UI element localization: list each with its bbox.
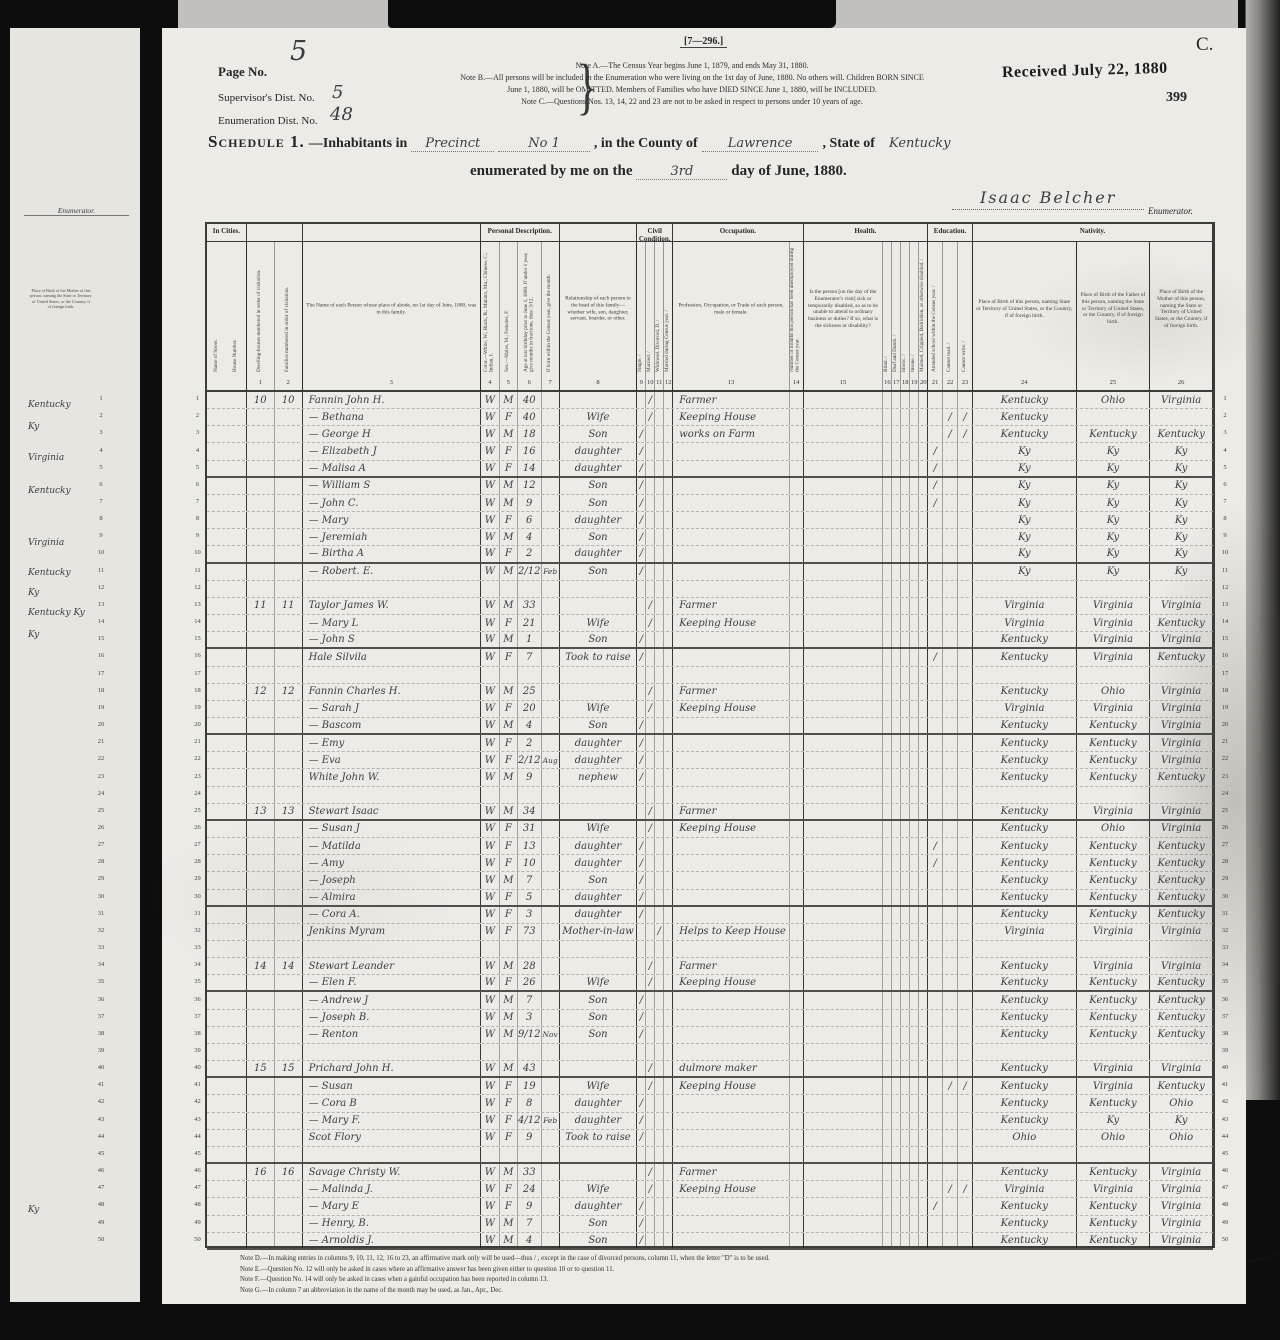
fragment-line-number: 8 xyxy=(94,510,108,527)
row-cell-birth_month xyxy=(542,1198,560,1214)
table-row: — AmyWF10daughter//KentuckyKentuckyKentu… xyxy=(207,855,1213,872)
row-cell-sex: M xyxy=(500,872,518,888)
row-cell-pob_father: Ky xyxy=(1077,443,1151,459)
line-number: 47 xyxy=(1218,1179,1232,1196)
row-cell-idiotic xyxy=(901,941,910,957)
row-cell-married_census_year xyxy=(664,1233,673,1248)
fragment-line-number: 2 xyxy=(94,407,108,424)
row-cell-street xyxy=(207,1198,247,1214)
table-row: — JeremiahWM4Son/KyKyKy xyxy=(207,529,1213,546)
row-cell-married_census_year xyxy=(664,804,673,819)
fragment-line-number: 34 xyxy=(94,956,108,973)
row-cell-cannot_read xyxy=(943,1027,958,1043)
row-cell-pob: Kentucky xyxy=(973,804,1077,819)
supervisor-dist-label: Supervisor's Dist. No. xyxy=(218,92,315,104)
row-cell-pob_mother xyxy=(1150,1147,1213,1162)
row-cell-insane xyxy=(910,1181,919,1197)
row-cell-age: 33 xyxy=(518,1164,542,1180)
row-cell-insane xyxy=(910,1078,919,1094)
row-cell-married_census_year xyxy=(664,838,673,854)
row-cell-cannot_read xyxy=(943,718,958,733)
row-cell-attended_school: / xyxy=(928,443,943,459)
row-cell-age: 43 xyxy=(518,1061,542,1076)
row-cell-sex: M xyxy=(500,684,518,700)
row-cell-pob: Kentucky xyxy=(973,1216,1077,1232)
row-cell-pob_mother xyxy=(1150,787,1213,803)
row-cell-widowed xyxy=(655,409,664,425)
row-cell-single xyxy=(637,615,646,631)
row-cell-cannot_read xyxy=(943,512,958,528)
fragment-handwritten-entries: KentuckyKyVirginiaKentuckyVirginiaKentuc… xyxy=(0,0,140,1340)
row-cell-pob_mother: Kentucky xyxy=(1150,769,1213,785)
header-notes: Note A.—The Census Year begins June 1, 1… xyxy=(372,60,1012,108)
row-cell-relationship: Wife xyxy=(560,975,638,990)
line-number: 41 xyxy=(191,1076,204,1093)
line-number: 11 xyxy=(1218,562,1232,579)
row-cell-married xyxy=(646,495,655,511)
row-cell-street xyxy=(207,443,247,459)
row-cell-color: W xyxy=(481,821,500,837)
row-cell-cannot_write xyxy=(958,546,973,561)
row-cell-dwelling: 16 xyxy=(247,1164,275,1180)
row-cell-insane xyxy=(910,409,919,425)
row-cell-cannot_write xyxy=(958,701,973,717)
row-cell-cannot_write xyxy=(958,872,973,888)
row-cell-color xyxy=(481,667,500,683)
row-cell-widowed xyxy=(655,649,664,665)
row-cell-widowed xyxy=(655,598,664,614)
row-cell-blind xyxy=(883,1061,892,1076)
row-cell-widowed xyxy=(655,1181,664,1197)
row-cell-pob_mother: Kentucky xyxy=(1150,838,1213,854)
row-cell-blind xyxy=(883,1044,892,1060)
row-cell-married xyxy=(646,855,655,871)
line-number: 11 xyxy=(191,562,204,579)
row-cell-pob_mother: Kentucky xyxy=(1150,872,1213,888)
row-cell-cannot_write xyxy=(958,632,973,647)
column-header: Relationship of each person to the head … xyxy=(560,242,638,376)
row-cell-married xyxy=(646,872,655,888)
row-cell-pob_father: Kentucky xyxy=(1077,872,1151,888)
row-cell-family xyxy=(275,992,303,1008)
line-number: 50 xyxy=(1218,1231,1232,1248)
row-cell-relationship: Son xyxy=(560,1216,638,1232)
row-cell-months_unemployed xyxy=(790,426,804,442)
row-cell-street xyxy=(207,649,247,665)
row-cell-family xyxy=(275,564,303,580)
row-cell-idiotic xyxy=(901,890,910,905)
row-cell-married xyxy=(646,941,655,957)
row-cell-sickness xyxy=(804,855,884,871)
row-cell-deaf_dumb xyxy=(892,1164,901,1180)
row-cell-birth_month xyxy=(542,1216,560,1232)
row-cell-insane xyxy=(910,1044,919,1060)
row-cell-blind xyxy=(883,1010,892,1026)
row-cell-cannot_read xyxy=(943,684,958,700)
row-cell-blind xyxy=(883,1027,892,1043)
row-cell-family xyxy=(275,787,303,803)
row-cell-deaf_dumb xyxy=(892,409,901,425)
row-cell-married xyxy=(646,1147,655,1162)
note-g: Note G.—In column 7 an abbreviation in t… xyxy=(240,1286,1130,1297)
row-cell-single xyxy=(637,1061,646,1076)
line-number: 7 xyxy=(1218,493,1232,510)
row-cell-attended_school: / xyxy=(928,461,943,476)
row-cell-relationship xyxy=(560,1044,638,1060)
row-cell-color: W xyxy=(481,701,500,717)
row-cell-color: W xyxy=(481,1216,500,1232)
row-cell-cannot_write xyxy=(958,1147,973,1162)
row-cell-attended_school: / xyxy=(928,855,943,871)
row-cell-family xyxy=(275,1027,303,1043)
row-cell-maimed xyxy=(919,1061,928,1076)
row-cell-idiotic xyxy=(901,1198,910,1214)
row-cell-pob: Kentucky xyxy=(973,1198,1077,1214)
row-cell-name: — Joseph B. xyxy=(303,1010,481,1026)
table-row: — EmyWF2daughter/KentuckyKentuckyVirgini… xyxy=(207,735,1213,752)
fragment-entry: Kentucky Ky xyxy=(28,608,85,618)
row-cell-single: / xyxy=(637,718,646,733)
table-row: — Andrew JWM7Son/KentuckyKentuckyKentuck… xyxy=(207,992,1213,1009)
row-cell-family xyxy=(275,924,303,940)
column-number: 7 xyxy=(542,376,560,390)
row-cell-married_census_year xyxy=(664,821,673,837)
row-cell-widowed xyxy=(655,752,664,768)
column-group-header xyxy=(303,224,481,242)
row-cell-attended_school: / xyxy=(928,1198,943,1214)
row-cell-family xyxy=(275,769,303,785)
row-cell-age: 16 xyxy=(518,443,542,459)
row-cell-single xyxy=(637,1078,646,1094)
row-cell-sickness xyxy=(804,443,884,459)
row-cell-relationship: Mother-in-law xyxy=(560,924,638,940)
line-number: 27 xyxy=(1218,836,1232,853)
row-cell-family xyxy=(275,546,303,561)
row-cell-married_census_year xyxy=(664,718,673,733)
row-cell-cannot_write xyxy=(958,684,973,700)
row-cell-maimed xyxy=(919,1181,928,1197)
row-cell-married xyxy=(646,1198,655,1214)
row-cell-married xyxy=(646,752,655,768)
row-cell-single xyxy=(637,1044,646,1060)
column-number: 10 xyxy=(646,376,655,390)
row-cell-pob: Ky xyxy=(973,478,1077,494)
row-cell-birth_month xyxy=(542,1044,560,1060)
row-cell-months_unemployed xyxy=(790,924,804,940)
form-number: [7—296.] xyxy=(680,36,727,48)
table-row: — Cora BWF8daughter/KentuckyKentuckyOhio xyxy=(207,1095,1213,1112)
row-cell-age: 4 xyxy=(518,718,542,733)
row-cell-maimed xyxy=(919,529,928,545)
row-cell-sex: F xyxy=(500,1113,518,1129)
column-header: Name of Street.House Number. xyxy=(207,242,247,376)
row-cell-relationship xyxy=(560,598,638,614)
row-cell-cannot_read xyxy=(943,478,958,494)
row-cell-cannot_read xyxy=(943,787,958,803)
row-cell-pob_father: Ky xyxy=(1077,461,1151,476)
row-cell-occupation xyxy=(673,872,790,888)
row-cell-cannot_read xyxy=(943,443,958,459)
row-cell-cannot_read xyxy=(943,632,958,647)
column-header: Blind. / xyxy=(883,242,892,376)
row-cell-married: / xyxy=(646,958,655,974)
row-cell-sex: F xyxy=(500,890,518,905)
row-cell-maimed xyxy=(919,872,928,888)
row-cell-age: 4 xyxy=(518,1233,542,1248)
row-cell-blind xyxy=(883,512,892,528)
row-cell-married_census_year xyxy=(664,512,673,528)
row-cell-cannot_read xyxy=(943,1061,958,1076)
row-cell-attended_school xyxy=(928,529,943,545)
row-cell-birth_month: Nov xyxy=(542,1027,560,1043)
row-cell-insane xyxy=(910,1147,919,1162)
row-cell-maimed xyxy=(919,478,928,494)
row-cell-married xyxy=(646,787,655,803)
line-number: 48 xyxy=(1218,1196,1232,1213)
row-cell-married_census_year xyxy=(664,1044,673,1060)
row-cell-name: — Eva xyxy=(303,752,481,768)
row-cell-name: Stewart Isaac xyxy=(303,804,481,819)
row-cell-idiotic xyxy=(901,1216,910,1232)
row-cell-family: 11 xyxy=(275,598,303,614)
row-cell-color xyxy=(481,941,500,957)
row-cell-relationship: Son xyxy=(560,1010,638,1026)
row-cell-attended_school xyxy=(928,1010,943,1026)
fragment-line-number: 6 xyxy=(94,476,108,493)
row-cell-attended_school: / xyxy=(928,478,943,494)
row-cell-pob: Kentucky xyxy=(973,838,1077,854)
row-cell-family xyxy=(275,890,303,905)
row-cell-blind xyxy=(883,1113,892,1129)
note-b2: June 1, 1880, will be OMITTED. Members o… xyxy=(372,84,1012,96)
row-cell-insane xyxy=(910,958,919,974)
row-cell-attended_school xyxy=(928,907,943,923)
row-cell-widowed xyxy=(655,958,664,974)
row-cell-maimed xyxy=(919,958,928,974)
row-cell-insane xyxy=(910,564,919,580)
line-number: 34 xyxy=(191,956,204,973)
street-name-label: Name of Street. xyxy=(214,246,220,372)
row-cell-birth_month xyxy=(542,546,560,561)
row-cell-blind xyxy=(883,495,892,511)
row-cell-attended_school xyxy=(928,1130,943,1146)
row-cell-pob_mother: Virginia xyxy=(1150,392,1213,408)
row-cell-pob_mother xyxy=(1150,941,1213,957)
row-cell-name: — John S xyxy=(303,632,481,647)
row-cell-months_unemployed xyxy=(790,1181,804,1197)
row-cell-family xyxy=(275,478,303,494)
row-cell-attended_school xyxy=(928,769,943,785)
column-number: 19 xyxy=(910,376,919,390)
note-a: Note A.—The Census Year begins June 1, 1… xyxy=(372,60,1012,72)
row-cell-maimed xyxy=(919,649,928,665)
row-cell-occupation: Farmer xyxy=(673,598,790,614)
row-cell-birth_month xyxy=(542,581,560,597)
line-number: 35 xyxy=(191,973,204,990)
row-cell-insane xyxy=(910,975,919,990)
row-cell-color: W xyxy=(481,1233,500,1248)
row-cell-single xyxy=(637,598,646,614)
row-cell-single xyxy=(637,924,646,940)
row-cell-pob: Kentucky xyxy=(973,890,1077,905)
row-cell-pob_mother xyxy=(1150,1044,1213,1060)
row-cell-pob_father: Ky xyxy=(1077,564,1151,580)
row-cell-pob_mother: Virginia xyxy=(1150,958,1213,974)
row-cell-dwelling xyxy=(247,478,275,494)
row-cell-months_unemployed xyxy=(790,804,804,819)
row-cell-dwelling xyxy=(247,769,275,785)
row-cell-single: / xyxy=(637,529,646,545)
row-cell-widowed xyxy=(655,1061,664,1076)
row-cell-occupation xyxy=(673,718,790,733)
row-cell-street xyxy=(207,787,247,803)
fragment-line-number: 9 xyxy=(94,527,108,544)
row-cell-sickness xyxy=(804,1010,884,1026)
row-cell-sickness xyxy=(804,632,884,647)
row-cell-birth_month xyxy=(542,1078,560,1094)
fragment-line-number: 4 xyxy=(94,441,108,458)
row-cell-idiotic xyxy=(901,1010,910,1026)
row-cell-months_unemployed xyxy=(790,546,804,561)
row-cell-blind xyxy=(883,941,892,957)
row-cell-months_unemployed xyxy=(790,512,804,528)
row-cell-age: 25 xyxy=(518,684,542,700)
row-cell-idiotic xyxy=(901,632,910,647)
row-cell-cannot_read xyxy=(943,461,958,476)
row-cell-idiotic xyxy=(901,649,910,665)
row-cell-months_unemployed xyxy=(790,1130,804,1146)
row-cell-married: / xyxy=(646,598,655,614)
footer-notes: Note D.—In making entries in columns 9, … xyxy=(240,1254,1130,1296)
row-cell-blind xyxy=(883,992,892,1008)
row-cell-cannot_read xyxy=(943,941,958,957)
row-cell-months_unemployed xyxy=(790,907,804,923)
row-cell-married_census_year xyxy=(664,581,673,597)
line-number: 18 xyxy=(191,682,204,699)
table-row: — Arnoldis J.WM4Son/KentuckyKentuckyVirg… xyxy=(207,1233,1213,1250)
row-cell-married: / xyxy=(646,615,655,631)
row-cell-single xyxy=(637,581,646,597)
row-cell-cannot_read xyxy=(943,821,958,837)
row-cell-sex: M xyxy=(500,1027,518,1043)
row-cell-street xyxy=(207,855,247,871)
row-cell-widowed xyxy=(655,992,664,1008)
column-label-vertical: Maimed, Crippled, Bedridden, or otherwis… xyxy=(920,246,926,372)
row-cell-birth_month xyxy=(542,495,560,511)
row-cell-pob_mother: Virginia xyxy=(1150,1061,1213,1076)
fragment-line-number: 37 xyxy=(94,1008,108,1025)
line-number: 49 xyxy=(191,1214,204,1231)
line-number: 31 xyxy=(191,905,204,922)
row-cell-attended_school xyxy=(928,392,943,408)
row-cell-single: / xyxy=(637,1233,646,1248)
row-cell-street xyxy=(207,581,247,597)
row-cell-insane xyxy=(910,632,919,647)
row-cell-age: 9 xyxy=(518,1130,542,1146)
row-cell-occupation xyxy=(673,992,790,1008)
row-cell-insane xyxy=(910,426,919,442)
row-cell-color: W xyxy=(481,872,500,888)
row-cell-pob_mother: Virginia xyxy=(1150,1181,1213,1197)
column-header: Dwelling-houses numbered in order of vis… xyxy=(247,242,275,376)
column-number: 20 xyxy=(919,376,928,390)
row-cell-occupation: Keeping House xyxy=(673,1181,790,1197)
column-label-vertical: Attended school within the Census year. … xyxy=(932,246,938,372)
row-cell-sickness xyxy=(804,409,884,425)
row-cell-pob_mother: Virginia xyxy=(1150,804,1213,819)
row-cell-occupation xyxy=(673,649,790,665)
fragment-line-number: 41 xyxy=(94,1076,108,1093)
table-row: — MaryWF6daughter/KyKyKy xyxy=(207,512,1213,529)
row-cell-street xyxy=(207,941,247,957)
row-cell-sex xyxy=(500,581,518,597)
row-cell-insane xyxy=(910,701,919,717)
row-cell-relationship xyxy=(560,392,638,408)
line-number: 38 xyxy=(191,1025,204,1042)
line-number: 6 xyxy=(1218,476,1232,493)
fragment-line-number: 45 xyxy=(94,1145,108,1162)
row-cell-months_unemployed xyxy=(790,632,804,647)
row-cell-married_census_year xyxy=(664,564,673,580)
row-cell-sickness xyxy=(804,564,884,580)
row-cell-single: / xyxy=(637,872,646,888)
row-cell-sex xyxy=(500,941,518,957)
row-cell-birth_month xyxy=(542,1164,560,1180)
row-cell-idiotic xyxy=(901,769,910,785)
row-cell-pob_father: Kentucky xyxy=(1077,426,1151,442)
row-cell-pob: Kentucky xyxy=(973,872,1077,888)
row-cell-sickness xyxy=(804,752,884,768)
note-c: Note C.—Questions Nos. 13, 14, 22 and 23… xyxy=(372,96,1012,108)
row-cell-pob_father: Kentucky xyxy=(1077,855,1151,871)
row-cell-sex xyxy=(500,1044,518,1060)
row-cell-single xyxy=(637,392,646,408)
row-cell-cannot_write xyxy=(958,855,973,871)
row-cell-occupation: works on Farm xyxy=(673,426,790,442)
row-cell-deaf_dumb xyxy=(892,495,901,511)
row-cell-pob: Kentucky xyxy=(973,426,1077,442)
row-cell-birth_month xyxy=(542,958,560,974)
column-number xyxy=(207,376,247,390)
row-cell-blind xyxy=(883,735,892,751)
row-cell-maimed xyxy=(919,598,928,614)
fragment-entry: Kentucky xyxy=(28,568,71,578)
row-cell-sex: M xyxy=(500,1010,518,1026)
row-cell-cannot_write: / xyxy=(958,409,973,425)
column-group-header: Nativity. xyxy=(973,224,1213,242)
row-cell-dwelling xyxy=(247,838,275,854)
fragment-line-number: 44 xyxy=(94,1128,108,1145)
fragment-line-numbers: 1234567891011121314151617181920212223242… xyxy=(94,390,108,1248)
row-cell-age: 6 xyxy=(518,512,542,528)
table-row xyxy=(207,1147,1213,1164)
row-cell-street xyxy=(207,1044,247,1060)
row-cell-maimed xyxy=(919,701,928,717)
row-cell-street xyxy=(207,1164,247,1180)
row-cell-cannot_write xyxy=(958,443,973,459)
row-cell-street xyxy=(207,1233,247,1248)
row-cell-street xyxy=(207,684,247,700)
row-cell-color: W xyxy=(481,546,500,561)
row-cell-pob: Kentucky xyxy=(973,821,1077,837)
row-cell-name: Stewart Leander xyxy=(303,958,481,974)
table-row: — Birtha AWF2daughter/KyKyKy xyxy=(207,546,1213,563)
row-cell-birth_month xyxy=(542,872,560,888)
row-cell-family xyxy=(275,615,303,631)
table-row: — Elen F.WF26Wife/Keeping HouseKentuckyK… xyxy=(207,975,1213,992)
column-header: If born within the Census year, give the… xyxy=(542,242,560,376)
row-cell-attended_school xyxy=(928,1113,943,1129)
